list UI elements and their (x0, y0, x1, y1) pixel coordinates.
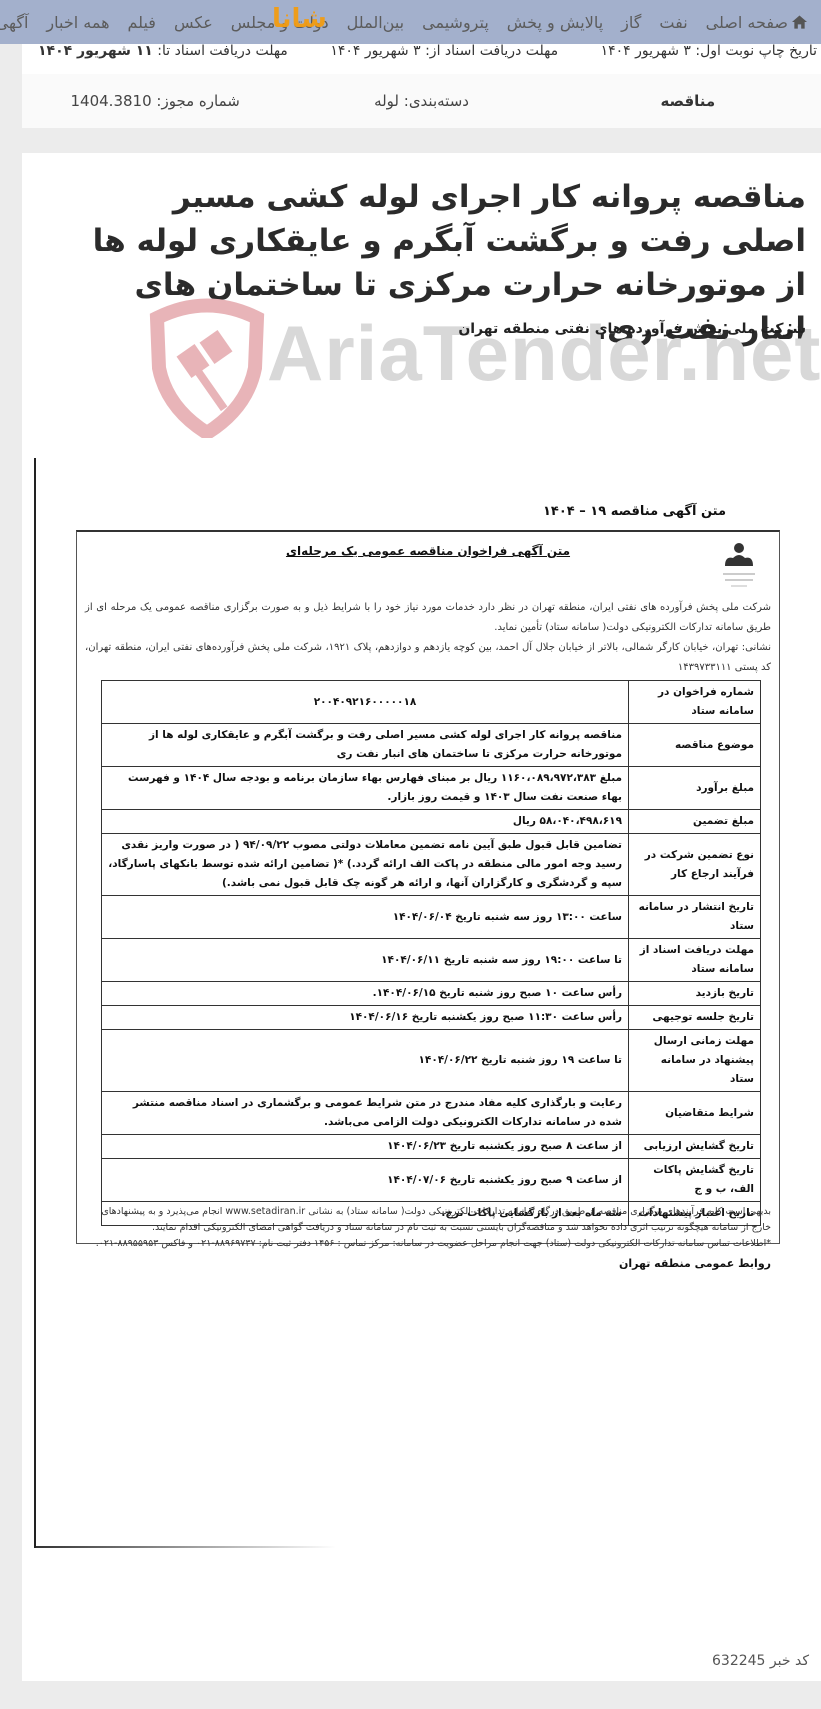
document-intro: شرکت ملی پخش فرآورده های نفتی ایران، منط… (85, 598, 771, 678)
nav-item-oil[interactable]: نفت (659, 13, 687, 32)
row-value: رأس ساعت ۱۱:۳۰ صبح روز یکشنبه تاریخ ۱۴۰۴… (102, 1006, 629, 1030)
top-nav: صفحه اصلی نفت گاز پالایش و پخش پتروشیمی … (0, 0, 821, 44)
table-row: تاریخ گشایش پاکات الف، ب و جاز ساعت ۹ صب… (102, 1159, 761, 1202)
row-value: ۲۰۰۴۰۹۲۱۶۰۰۰۰۰۱۸ (102, 681, 629, 724)
nav-item-home[interactable]: صفحه اصلی (706, 13, 807, 32)
row-label: تاریخ بازدید (629, 982, 761, 1006)
row-label: تاریخ انتشار در سامانه ستاد (629, 896, 761, 939)
scanned-tender-document[interactable]: متن آگهی مناقصه ۱۹ – ۱۴۰۴ متن آگهی فراخو… (34, 458, 796, 1548)
nav-item-refining[interactable]: پالایش و پخش (507, 13, 603, 32)
print-date: تاریخ چاپ نوبت اول: ۳ شهریور ۱۴۰۴ (601, 43, 817, 59)
print-date-label: تاریخ چاپ نوبت اول: (695, 43, 817, 59)
nav-item-label: صفحه اصلی (706, 13, 788, 32)
row-label: مبلغ تضمین (629, 810, 761, 834)
table-row: شماره فراخوان در سامانه ستاد۲۰۰۴۰۹۲۱۶۰۰۰… (102, 681, 761, 724)
signature: روابط عمومی منطقه تهران (541, 1256, 771, 1272)
row-value: تا ساعت ۱۹:۰۰ روز سه شنبه تاریخ ۱۴۰۴/۰۶/… (102, 939, 629, 982)
table-row: تاریخ بازدیدرأس ساعت ۱۰ صبح روز شنبه تار… (102, 982, 761, 1006)
row-label: نوع تضمین شرکت در فرآیند ارجاع کار (629, 834, 761, 896)
shana-logo[interactable]: شانا (272, 4, 327, 34)
row-value: از ساعت ۸ صبح روز یکشنبه تاریخ ۱۴۰۴/۰۶/۲… (102, 1135, 629, 1159)
tender-category[interactable]: دسته‌بندی: لوله (288, 92, 554, 110)
intro-text: شرکت ملی پخش فرآورده های نفتی ایران، منط… (85, 598, 771, 638)
print-date-value: ۳ شهریور ۱۴۰۴ (601, 43, 691, 59)
row-label: مبلغ برآورد (629, 767, 761, 810)
table-row: مهلت دریافت اسناد از سامانه ستادتا ساعت … (102, 939, 761, 982)
tender-details-table: شماره فراخوان در سامانه ستاد۲۰۰۴۰۹۲۱۶۰۰۰… (101, 680, 761, 1226)
footer-note: بدیهی است کلیه فرآیندهای برگزاری مناقصه … (81, 1204, 771, 1236)
table-row: تاریخ گشایش ارزیابیاز ساعت ۸ صبح روز یکش… (102, 1135, 761, 1159)
doc-from-value: ۳ شهریور ۱۴۰۴ (330, 43, 420, 59)
table-row: نوع تضمین شرکت در فرآیند ارجاع کارتضامین… (102, 834, 761, 896)
scan-top-title: متن آگهی مناقصه ۱۹ – ۱۴۰۴ (543, 504, 726, 519)
row-value: مناقصه پروانه کار اجرای لوله کشی مسیر اص… (102, 724, 629, 767)
doc-from-label: مهلت دریافت اسناد از: (425, 43, 558, 59)
table-row: موضوع مناقصهمناقصه پروانه کار اجرای لوله… (102, 724, 761, 767)
news-code: کد خبر 632245 (712, 1653, 809, 1669)
row-value: مبلغ ۱۱۶۰،۰۸۹،۹۷۲،۳۸۳ ریال بر مبنای فهار… (102, 767, 629, 810)
footer-contact: *اطلاعات تماس سامانه تدارکات الکترونیکی … (81, 1236, 771, 1252)
row-label: مهلت زمانی ارسال پیشنهاد در سامانه ستاد (629, 1030, 761, 1092)
row-label: شرایط متقاضیان (629, 1092, 761, 1135)
document-heading: متن آگهی فراخوان مناقصه عمومی یک مرحله‌ا… (77, 544, 779, 558)
table-row: مبلغ تضمین۵۸،۰۴۰،۴۹۸،۶۱۹ ریال (102, 810, 761, 834)
nav-item-photo[interactable]: عکس (174, 13, 213, 32)
table-row: شرایط متقاضیانرعایت و بارگذاری کلیه مفاد… (102, 1092, 761, 1135)
table-row: تاریخ جلسه توجیهیرأس ساعت ۱۱:۳۰ صبح روز … (102, 1006, 761, 1030)
row-value: از ساعت ۹ صبح روز یکشنبه تاریخ ۱۴۰۴/۰۷/۰… (102, 1159, 629, 1202)
nav-item-all-news[interactable]: همه اخبار (46, 13, 109, 32)
row-label: تاریخ جلسه توجیهی (629, 1006, 761, 1030)
nav-item-gas[interactable]: گاز (621, 13, 641, 32)
doc-to-label: مهلت دریافت اسناد تا: (157, 43, 288, 59)
article-card: مناقصه پروانه کار اجرای لوله کشی مسیر اص… (22, 153, 821, 1681)
row-value: رأس ساعت ۱۰ صبح روز شنبه تاریخ ۱۴۰۴/۰۶/۱… (102, 982, 629, 1006)
scan-edge (36, 1546, 336, 1548)
doc-to-date: مهلت دریافت اسناد تا: ۱۱ شهریور ۱۴۰۴ (38, 43, 288, 59)
table-row: مبلغ برآوردمبلغ ۱۱۶۰،۰۸۹،۹۷۲،۳۸۳ ریال بر… (102, 767, 761, 810)
gavel-shield-icon (147, 298, 267, 438)
table-row: مهلت زمانی ارسال پیشنهاد در سامانه ستادت… (102, 1030, 761, 1092)
row-label: تاریخ گشایش ارزیابی (629, 1135, 761, 1159)
row-label: شماره فراخوان در سامانه ستاد (629, 681, 761, 724)
nav-item-ads[interactable]: آگهی (0, 13, 28, 32)
row-label: موضوع مناقصه (629, 724, 761, 767)
row-value: ۵۸،۰۴۰،۴۹۸،۶۱۹ ریال (102, 810, 629, 834)
doc-from-date: مهلت دریافت اسناد از: ۳ شهریور ۱۴۰۴ (330, 43, 558, 59)
license-number: شماره مجوز: 1404.3810 (22, 92, 288, 110)
home-icon (792, 15, 807, 29)
nav-item-video[interactable]: فیلم (128, 13, 156, 32)
tender-type: مناقصه (555, 92, 821, 110)
doc-to-value: ۱۱ شهریور ۱۴۰۴ (38, 43, 153, 59)
company-name: شرکت ملی پخش فرآورده های نفتی منطقه تهرا… (458, 321, 806, 337)
document-footer: بدیهی است کلیه فرآیندهای برگزاری مناقصه … (81, 1204, 771, 1272)
tender-meta-row: مناقصه دسته‌بندی: لوله شماره مجوز: 1404.… (22, 74, 821, 128)
nav-item-petrochemical[interactable]: پتروشیمی (422, 13, 489, 32)
row-value: ساعت ۱۳:۰۰ روز سه شنبه تاریخ ۱۴۰۴/۰۶/۰۴ (102, 896, 629, 939)
row-label: مهلت دریافت اسناد از سامانه ستاد (629, 939, 761, 982)
address-text: نشانی: تهران، خیابان کارگر شمالی، بالاتر… (85, 638, 771, 678)
row-value: تا ساعت ۱۹ روز شنبه تاریخ ۱۴۰۴/۰۶/۲۲ (102, 1030, 629, 1092)
nav-item-international[interactable]: بین‌الملل (347, 13, 404, 32)
row-value: تضامین قابل قبول طبق آیین نامه تضمین معا… (102, 834, 629, 896)
document-frame: متن آگهی فراخوان مناقصه عمومی یک مرحله‌ا… (76, 530, 780, 1244)
row-value: رعایت و بارگذاری کلیه مفاد مندرج در متن … (102, 1092, 629, 1135)
row-label: تاریخ گشایش پاکات الف، ب و ج (629, 1159, 761, 1202)
table-row: تاریخ انتشار در سامانه ستادساعت ۱۳:۰۰ رو… (102, 896, 761, 939)
